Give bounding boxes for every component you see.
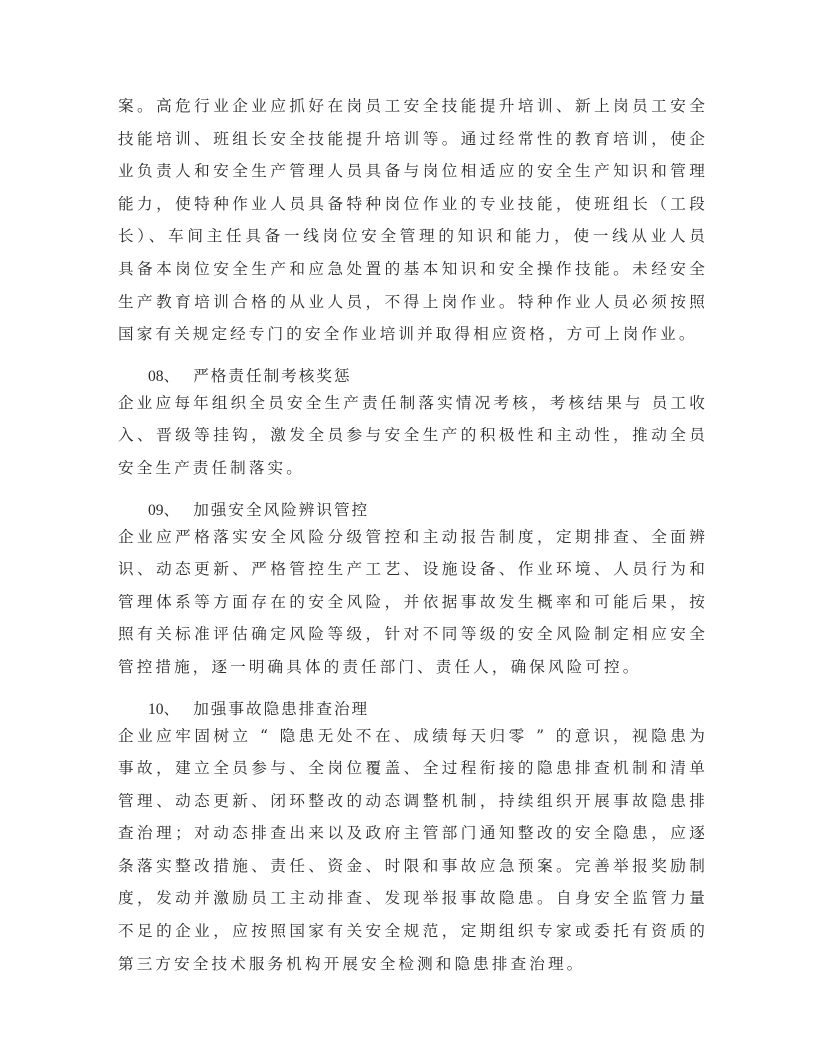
section-09: 09、加强安全风险辨识管控 企业应严格落实安全风险分级管控和主动报告制度，定期排… xyxy=(118,494,708,684)
document-page: 案。高危行业企业应抓好在岗员工安全技能提升培训、新上岗员工安全技能培训、班组长安… xyxy=(118,90,708,980)
section-title: 加强安全风险辨识管控 xyxy=(193,501,369,519)
section-body: 企业应牢固树立 “ 隐患无处不在、成绩每天归零 ” 的意识，视隐患为事故，建立全… xyxy=(118,720,708,981)
section-number: 10、 xyxy=(148,701,179,718)
section-body: 企业应每年组织全员安全生产责任制落实情况考核，考核结果与 员工收入、晋级等挂钩，… xyxy=(118,387,708,485)
section-10: 10、加强事故隐患排查治理 企业应牢固树立 “ 隐患无处不在、成绩每天归零 ” … xyxy=(118,693,708,981)
section-title: 严格责任制考核奖惩 xyxy=(193,367,351,385)
section-title: 加强事故隐患排查治理 xyxy=(193,700,369,718)
intro-paragraph: 案。高危行业企业应抓好在岗员工安全技能提升培训、新上岗员工安全技能培训、班组长安… xyxy=(118,90,708,351)
section-08: 08、严格责任制考核奖惩 企业应每年组织全员安全生产责任制落实情况考核，考核结果… xyxy=(118,360,708,485)
section-number: 08、 xyxy=(148,368,179,385)
section-number: 09、 xyxy=(148,502,179,519)
section-body: 企业应严格落实安全风险分级管控和主动报告制度，定期排查、全面辨识、动态更新、严格… xyxy=(118,521,708,684)
